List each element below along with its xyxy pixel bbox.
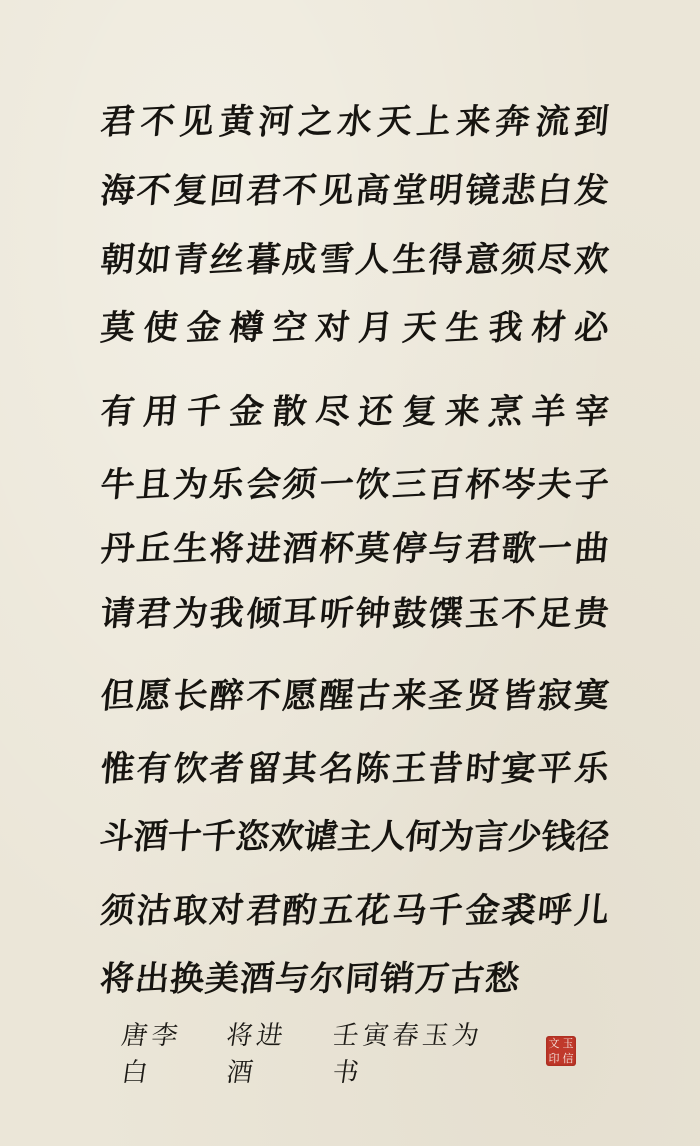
calligraphy-character: 醒 [316, 667, 357, 718]
calligraphy-character: 千 [184, 383, 225, 434]
colophon-character: 白 [117, 1052, 152, 1089]
calligraphy-character: 儿 [572, 882, 613, 933]
calligraphy-character: 有 [98, 383, 139, 434]
calligraphy-character: 生 [442, 299, 483, 350]
calligraphy-character: 丘 [134, 520, 175, 571]
calligraphy-character: 流 [532, 93, 573, 144]
calligraphy-character: 沽 [134, 882, 175, 933]
calligraphy-character: 复 [399, 383, 440, 434]
seal-char: 印 [547, 1052, 561, 1065]
calligraphy-character: 见 [316, 162, 357, 213]
calligraphy-character: 古 [353, 667, 394, 718]
calligraphy-character: 欢 [268, 808, 307, 859]
calligraphy-character: 出 [133, 950, 173, 1001]
calligraphy-character: 对 [207, 882, 248, 933]
calligraphy-character: 寞 [572, 667, 613, 718]
calligraphy-character: 来 [389, 667, 430, 718]
calligraphy-character: 须 [499, 231, 540, 282]
calligraphy-character: 堂 [389, 162, 430, 213]
calligraphy-character: 馔 [426, 585, 467, 636]
calligraphy-character: 五 [316, 882, 357, 933]
calligraphy-character: 万 [413, 950, 453, 1001]
calligraphy-character: 皆 [499, 667, 540, 718]
calligraphy-character: 玉 [462, 585, 503, 636]
calligraphy-character: 子 [572, 456, 613, 507]
calligraphy-character: 见 [177, 93, 218, 144]
calligraphy-character: 不 [244, 667, 285, 718]
calligraphy-character: 鼓 [389, 585, 430, 636]
calligraphy-character: 其 [280, 740, 321, 791]
calligraphy-line: 有用千金散尽还复来烹羊宰 [100, 384, 610, 432]
calligraphy-character: 杯 [316, 520, 357, 571]
calligraphy-character: 来 [442, 383, 483, 434]
calligraphy-character: 陈 [353, 740, 394, 791]
calligraphy-character: 尽 [313, 383, 354, 434]
colophon-character: 书 [328, 1052, 363, 1089]
calligraphy-character: 金 [227, 383, 268, 434]
calligraphy-character: 欢 [572, 231, 613, 282]
calligraphy-character: 进 [244, 520, 285, 571]
calligraphy-character: 发 [572, 162, 613, 213]
calligraphy-character: 醉 [207, 667, 248, 718]
calligraphy-character: 同 [343, 950, 383, 1001]
calligraphy-character: 不 [137, 93, 178, 144]
calligraphy-character: 白 [535, 162, 576, 213]
calligraphy-character: 还 [356, 383, 397, 434]
calligraphy-character: 尽 [535, 231, 576, 282]
calligraphy-character: 之 [295, 93, 336, 144]
seal-char: 信 [561, 1052, 575, 1065]
calligraphy-character: 散 [270, 383, 311, 434]
calligraphy-character: 莫 [98, 299, 139, 350]
calligraphy-line: 请君为我倾耳听钟鼓馔玉不足贵 [100, 586, 610, 634]
calligraphy-character: 对 [313, 299, 354, 350]
calligraphy-character: 上 [414, 93, 455, 144]
calligraphy-character: 且 [134, 456, 175, 507]
calligraphy-character: 青 [171, 231, 212, 282]
calligraphy-character: 者 [207, 740, 248, 791]
calligraphy-character: 惟 [98, 740, 139, 791]
calligraphy-line: 朝如青丝暮成雪人生得意须尽欢 [100, 232, 610, 280]
calligraphy-character: 君 [462, 520, 503, 571]
calligraphy-character: 为 [171, 585, 212, 636]
calligraphy-character: 杯 [462, 456, 503, 507]
calligraphy-character: 美 [203, 950, 243, 1001]
colophon-character: 玉 [418, 1015, 453, 1052]
colophon-character: 李 [147, 1015, 182, 1052]
calligraphy-character: 径 [574, 808, 613, 859]
calligraphy-character: 谑 [302, 808, 341, 859]
calligraphy-character: 听 [316, 585, 357, 636]
calligraphy-character: 取 [171, 882, 212, 933]
calligraphy-character: 一 [316, 456, 357, 507]
calligraphy-character: 钟 [353, 585, 394, 636]
calligraphy-character: 有 [134, 740, 175, 791]
calligraphy-character: 君 [244, 162, 285, 213]
calligraphy-line: 惟有饮者留其名陈王昔时宴平乐 [100, 741, 610, 789]
colophon-character: 酒 [223, 1052, 258, 1089]
calligraphy-character: 与 [273, 950, 313, 1001]
calligraphy-character: 夫 [535, 456, 576, 507]
calligraphy-character: 生 [171, 520, 212, 571]
calligraphy-character: 十 [166, 808, 205, 859]
calligraphy-character: 烹 [485, 383, 526, 434]
calligraphy-character: 斗 [98, 808, 137, 859]
calligraphy-character: 高 [353, 162, 394, 213]
calligraphy-character: 千 [426, 882, 467, 933]
calligraphy-character: 尔 [308, 950, 348, 1001]
calligraphy-character: 昔 [426, 740, 467, 791]
calligraphy-character: 使 [141, 299, 182, 350]
calligraphy-character: 曲 [572, 520, 613, 571]
colophon: 唐李白 将进酒 壬寅春玉为书 [120, 1030, 500, 1074]
calligraphy-character: 宰 [572, 383, 613, 434]
calligraphy-character: 马 [389, 882, 430, 933]
calligraphy-character: 留 [244, 740, 285, 791]
calligraphy-character: 我 [207, 585, 248, 636]
calligraphy-character: 长 [171, 667, 212, 718]
calligraphy-character: 朝 [98, 231, 139, 282]
calligraphy-character: 换 [168, 950, 208, 1001]
calligraphy-character: 何 [404, 808, 443, 859]
calligraphy-character: 酒 [132, 808, 171, 859]
calligraphy-line: 但愿长醉不愿醒古来圣贤皆寂寞 [100, 668, 610, 716]
calligraphy-character: 奔 [493, 93, 534, 144]
calligraphy-character: 言 [472, 808, 511, 859]
calligraphy-character: 黄 [216, 93, 257, 144]
calligraphy-line: 海不复回君不见高堂明镜悲白发 [100, 163, 610, 211]
calligraphy-character: 会 [244, 456, 285, 507]
calligraphy-character: 但 [98, 667, 139, 718]
calligraphy-character: 得 [426, 231, 467, 282]
calligraphy-character: 寂 [535, 667, 576, 718]
calligraphy-character: 意 [462, 231, 503, 282]
calligraphy-character: 愿 [280, 667, 321, 718]
calligraphy-character: 水 [335, 93, 376, 144]
red-seal-stamp-icon: 文 玉 印 信 [546, 1036, 576, 1066]
calligraphy-character: 材 [529, 299, 570, 350]
calligraphy-character: 销 [378, 950, 418, 1001]
calligraphy-character: 牛 [98, 456, 139, 507]
calligraphy-character: 必 [572, 299, 613, 350]
calligraphy-character: 钱 [540, 808, 579, 859]
calligraphy-character: 天 [399, 299, 440, 350]
calligraphy-character: 酒 [280, 520, 321, 571]
calligraphy-character: 贤 [462, 667, 503, 718]
calligraphy-character: 耳 [280, 585, 321, 636]
calligraphy-character: 酒 [238, 950, 278, 1001]
colophon-poem-title: 将进酒 [225, 1015, 310, 1089]
calligraphy-character: 回 [207, 162, 248, 213]
calligraphy-character: 一 [535, 520, 576, 571]
calligraphy-character: 樽 [227, 299, 268, 350]
calligraphy-character: 复 [171, 162, 212, 213]
calligraphy-character: 为 [438, 808, 477, 859]
calligraphy-character: 镜 [462, 162, 503, 213]
calligraphy-character: 生 [389, 231, 430, 282]
calligraphy-character: 人 [353, 231, 394, 282]
calligraphy-character: 与 [426, 520, 467, 571]
calligraphy-character: 平 [535, 740, 576, 791]
calligraphy-character: 宴 [499, 740, 540, 791]
seal-char: 玉 [561, 1037, 575, 1050]
calligraphy-character: 用 [141, 383, 182, 434]
calligraphy-character: 三 [389, 456, 430, 507]
calligraphy-character: 呼 [535, 882, 576, 933]
calligraphy-character: 君 [134, 585, 175, 636]
calligraphy-character: 海 [98, 162, 139, 213]
calligraphy-character: 乐 [572, 740, 613, 791]
calligraphy-character: 愿 [134, 667, 175, 718]
calligraphy-character: 主 [336, 808, 375, 859]
calligraphy-character: 雪 [316, 231, 357, 282]
calligraphy-character: 河 [256, 93, 297, 144]
calligraphy-character: 丝 [207, 231, 248, 282]
calligraphy-character: 倾 [244, 585, 285, 636]
calligraphy-character: 金 [462, 882, 503, 933]
calligraphy-character: 天 [374, 93, 415, 144]
calligraphy-character: 暮 [244, 231, 285, 282]
calligraphy-character: 悲 [499, 162, 540, 213]
calligraphy-character: 不 [280, 162, 321, 213]
calligraphy-character: 须 [280, 456, 321, 507]
calligraphy-character: 少 [506, 808, 545, 859]
calligraphy-character: 羊 [529, 383, 570, 434]
calligraphy-character: 到 [572, 93, 613, 144]
calligraphy-character: 裘 [499, 882, 540, 933]
calligraphy-line: 莫使金樽空对月天生我材必 [100, 300, 610, 348]
calligraphy-character: 名 [316, 740, 357, 791]
calligraphy-character: 请 [98, 585, 139, 636]
calligraphy-character: 酌 [280, 882, 321, 933]
calligraphy-character: 乐 [207, 456, 248, 507]
calligraphy-character: 人 [370, 808, 409, 859]
seal-char: 文 [547, 1037, 561, 1050]
calligraphy-character: 岑 [499, 456, 540, 507]
calligraphy-character: 饮 [171, 740, 212, 791]
calligraphy-character: 不 [134, 162, 175, 213]
colophon-character: 壬 [328, 1015, 363, 1052]
calligraphy-character: 恣 [234, 808, 273, 859]
calligraphy-character: 足 [535, 585, 576, 636]
calligraphy-character: 时 [462, 740, 503, 791]
calligraphy-line: 将出换美酒与尔同销万古愁 [100, 951, 520, 999]
calligraphy-character: 歌 [499, 520, 540, 571]
calligraphy-character: 饮 [353, 456, 394, 507]
calligraphy-character: 明 [426, 162, 467, 213]
colophon-signature: 壬寅春玉为书 [331, 1015, 500, 1089]
calligraphy-character: 贵 [572, 585, 613, 636]
calligraphy-character: 为 [171, 456, 212, 507]
calligraphy-character: 王 [389, 740, 430, 791]
calligraphy-character: 愁 [483, 950, 523, 1001]
calligraphy-character: 百 [426, 456, 467, 507]
calligraphy-character: 莫 [353, 520, 394, 571]
calligraphy-character: 我 [485, 299, 526, 350]
calligraphy-character: 圣 [426, 667, 467, 718]
calligraphy-character: 成 [280, 231, 321, 282]
calligraphy-line: 斗酒十千恣欢谑主人何为言少钱径 [100, 809, 610, 857]
calligraphy-character: 丹 [98, 520, 139, 571]
colophon-character: 春 [388, 1015, 423, 1052]
calligraphy-character: 君 [244, 882, 285, 933]
calligraphy-character: 停 [389, 520, 430, 571]
colophon-dynasty-poet: 唐李白 [120, 1015, 205, 1089]
calligraphy-character: 花 [353, 882, 394, 933]
calligraphy-character: 来 [453, 93, 494, 144]
calligraphy-character: 古 [448, 950, 488, 1001]
calligraphy-line: 丹丘生将进酒杯莫停与君歌一曲 [100, 521, 610, 569]
colophon-character: 为 [448, 1015, 483, 1052]
calligraphy-character: 金 [184, 299, 225, 350]
calligraphy-line: 牛且为乐会须一饮三百杯岑夫子 [100, 457, 610, 505]
calligraphy-line: 须沽取对君酌五花马千金裘呼儿 [100, 883, 610, 931]
calligraphy-character: 须 [98, 882, 139, 933]
calligraphy-character: 空 [270, 299, 311, 350]
calligraphy-character: 不 [499, 585, 540, 636]
calligraphy-character: 月 [356, 299, 397, 350]
colophon-character: 进 [253, 1015, 288, 1052]
calligraphy-character: 将 [98, 950, 138, 1001]
colophon-character: 寅 [358, 1015, 393, 1052]
calligraphy-character: 君 [98, 93, 139, 144]
calligraphy-character: 将 [207, 520, 248, 571]
calligraphy-character: 如 [134, 231, 175, 282]
calligraphy-line: 君不见黄河之水天上来奔流到 [100, 94, 610, 142]
calligraphy-character: 千 [200, 808, 239, 859]
